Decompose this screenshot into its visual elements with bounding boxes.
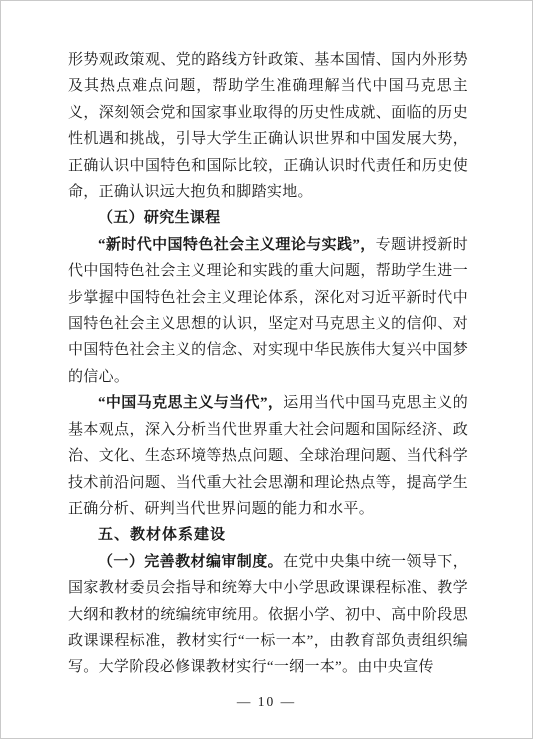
document-page: 形势观政策观、党的路线方针政策、基本国情、国内外形势及其热点难点问题，帮助学生准… bbox=[0, 0, 533, 739]
heading-graduate-courses: （五）研究生课程 bbox=[68, 205, 468, 231]
paragraph-continuation: 形势观政策观、党的路线方针政策、基本国情、国内外形势及其热点难点问题，帮助学生准… bbox=[68, 47, 468, 205]
paragraph-text: 形势观政策观、党的路线方针政策、基本国情、国内外形势及其热点难点问题，帮助学生准… bbox=[68, 52, 468, 200]
paragraph-textbook-editing-system: （一）完善教材编审制度。在党中央集中统一领导下，国家教材委员会指导和统筹大中小学… bbox=[68, 549, 468, 681]
paragraph-text: 运用当代中国马克思主义的基本观点，深入分析当代世界重大社会问题和国际经济、政治、… bbox=[68, 395, 468, 517]
course-title-emphasis: “中国马克思主义与当代”， bbox=[98, 395, 283, 411]
paragraph-text: 在党中央集中统一领导下，国家教材委员会指导和统筹大中小学思政课课程标准、教学大纲… bbox=[68, 554, 468, 676]
course-title-emphasis: “新时代中国特色社会主义理论与实践”， bbox=[98, 237, 376, 253]
heading-text: （五）研究生课程 bbox=[98, 210, 220, 226]
paragraph-text: 专题讲授新时代中国特色社会主义理论和实践的重大问题，帮助学生进一步掌握中国特色社… bbox=[68, 237, 468, 385]
paragraph-chinese-marxism-course: “中国马克思主义与当代”，运用当代中国马克思主义的基本观点，深入分析当代世界重大… bbox=[68, 390, 468, 522]
document-body: 形势观政策观、党的路线方针政策、基本国情、国内外形势及其热点难点问题，帮助学生准… bbox=[68, 47, 468, 681]
heading-text: 五、教材体系建设 bbox=[98, 526, 226, 543]
paragraph-new-era-theory-course: “新时代中国特色社会主义理论与实践”，专题讲授新时代中国特色社会主义理论和实践的… bbox=[68, 232, 468, 390]
page-number: — 10 — bbox=[1, 694, 532, 710]
clause-title-emphasis: （一）完善教材编审制度。 bbox=[98, 554, 283, 570]
heading-textbook-system: 五、教材体系建设 bbox=[68, 522, 468, 548]
